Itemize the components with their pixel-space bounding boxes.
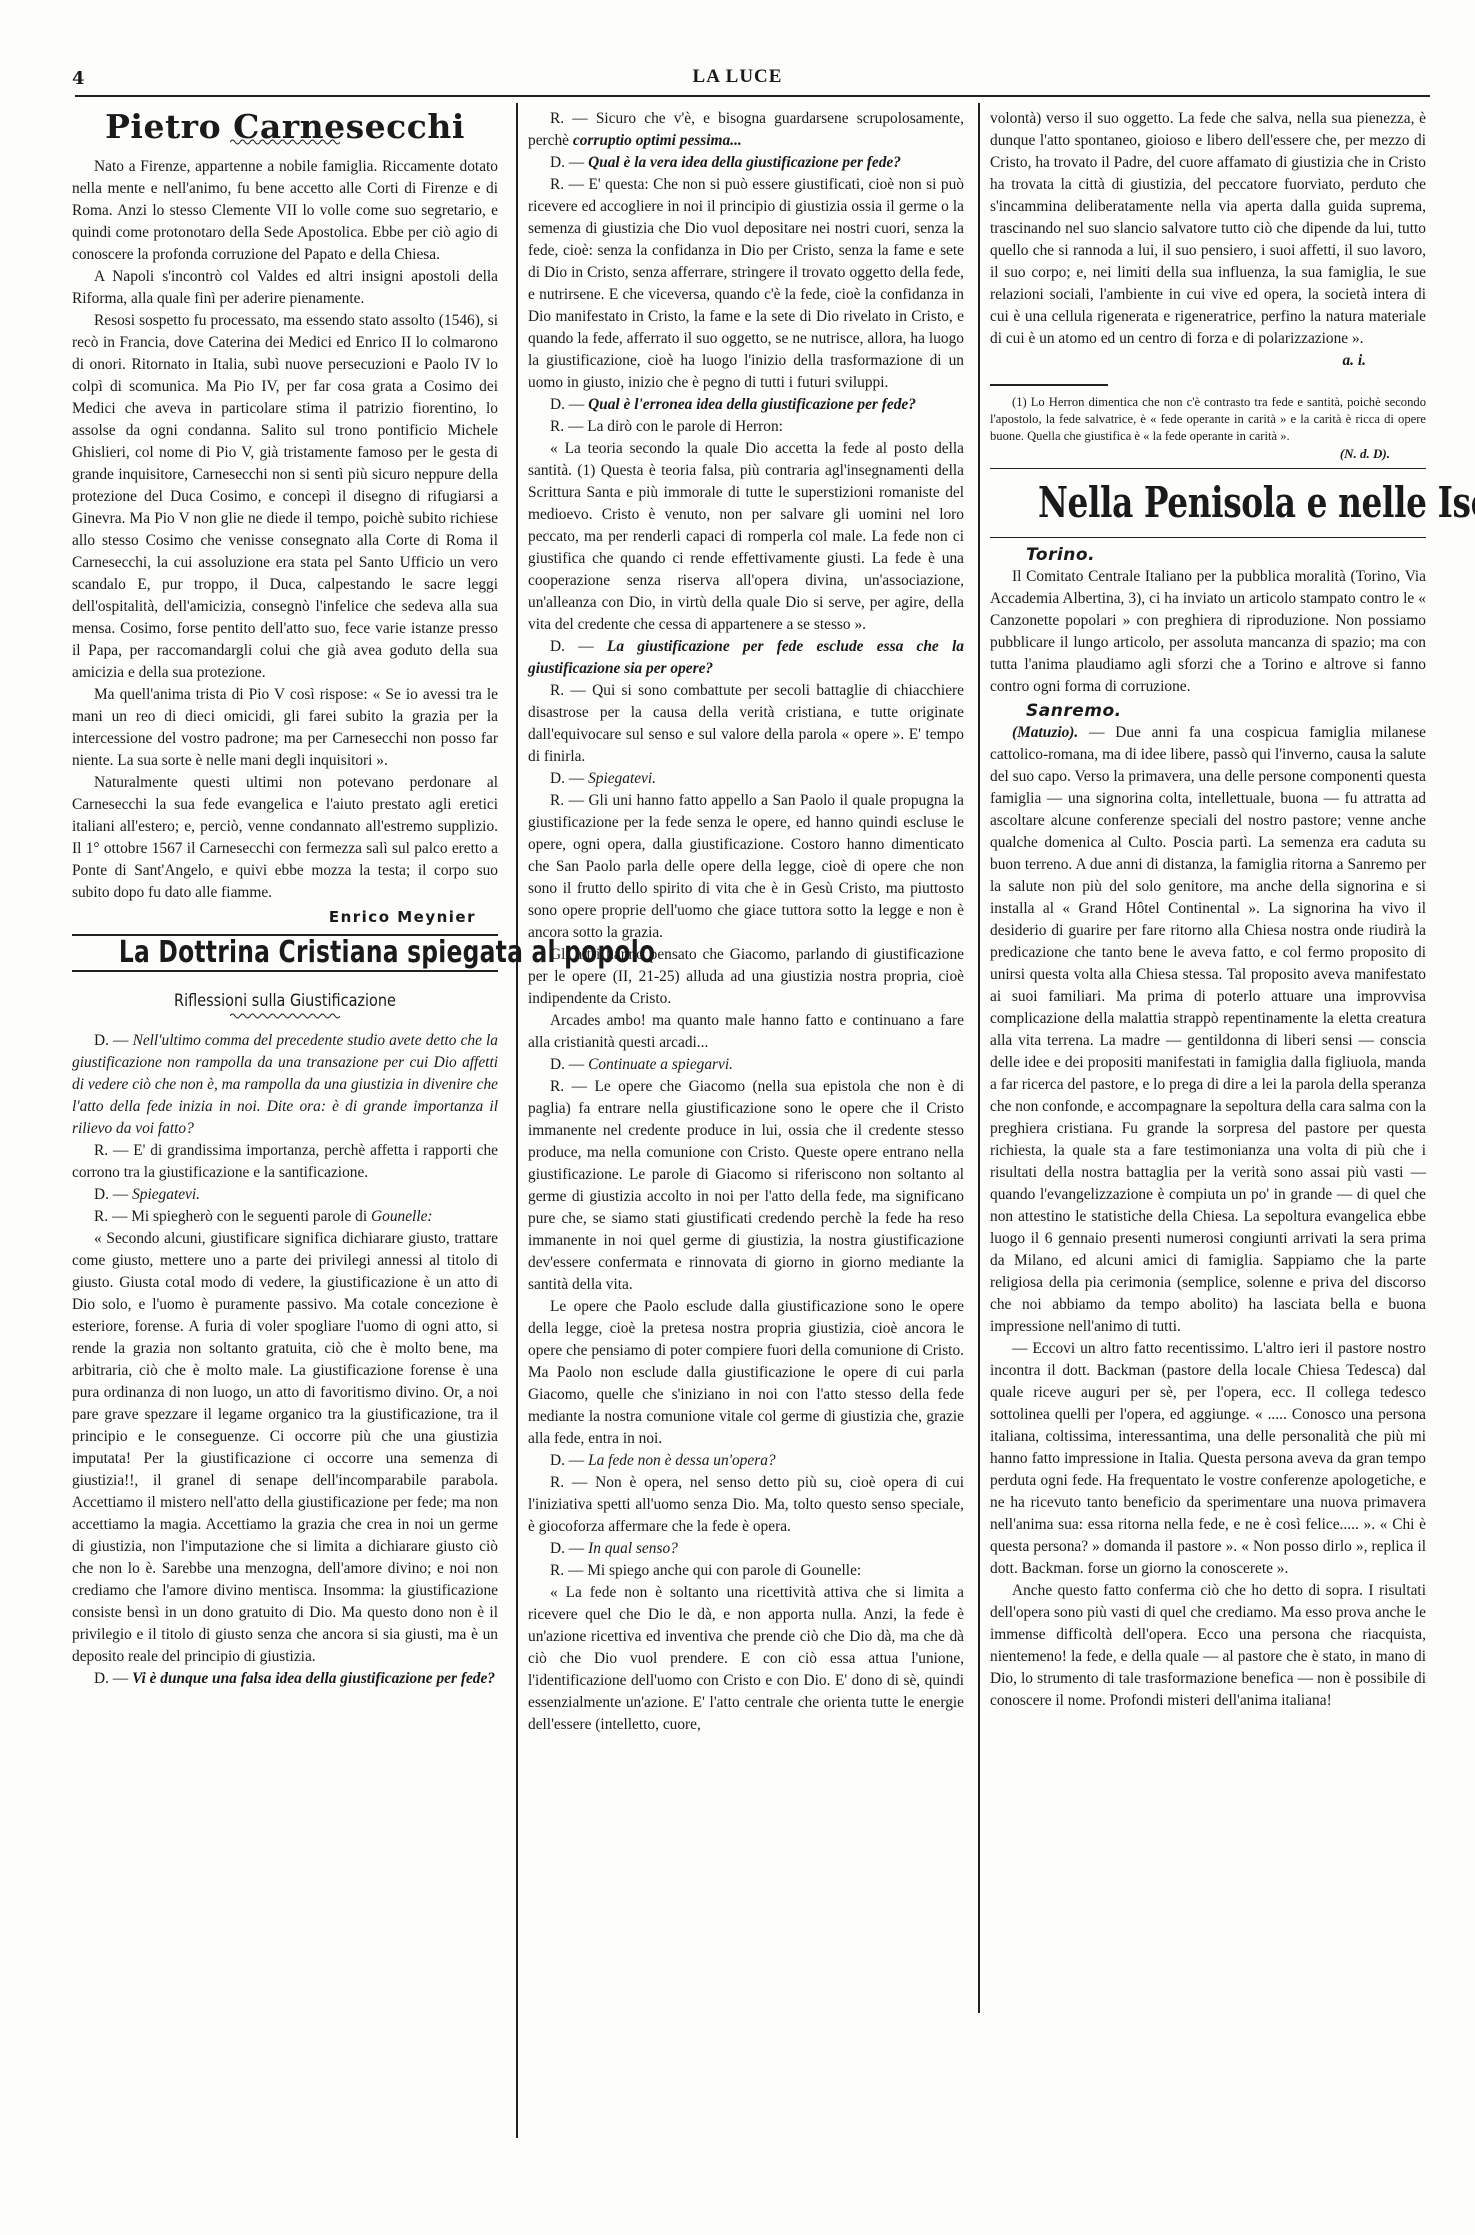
paragraph: Anche questo fatto conferma ciò che ho d… [990,1580,1426,1712]
article-signoff: a. i. [990,350,1426,372]
author-signature: Enrico Meynier [72,906,498,928]
news-item-torino: Il Comitato Centrale Italiano per la pub… [990,566,1426,698]
paragraph: Gli altri hanno pensato che Giacomo, par… [528,944,964,1010]
question-block: D. — Nell'ultimo comma del precedente st… [72,1030,498,1140]
footnote-rule [990,384,1108,386]
paragraph: Resosi sospetto fu processato, ma essend… [72,310,498,684]
speaker-label: D. — [550,1540,584,1557]
quote-block: « La teoria secondo la quale Dio accetta… [528,438,964,636]
speaker-label: R. — [550,418,583,435]
author-name: Gounelle: [371,1208,433,1225]
speaker-label: R. — [94,1208,127,1225]
column-divider-1 [516,103,518,2138]
news-item-sanremo: (Matuzio). — Due anni fa una cospicua fa… [990,722,1426,1338]
answer-text: Non è opera, nel senso detto più su, cio… [528,1474,964,1535]
section-title-peninsula: Nella Penisola e nelle Isole [1038,475,1378,531]
speaker-label: D. — [94,1186,128,1203]
wavy-underline-ornament [230,1012,340,1020]
answer-text: E' questa: Che non si può essere giustif… [528,176,964,391]
paragraph: — Eccovi un altro fatto recentissimo. L'… [990,1338,1426,1580]
correspondent-byline: (Matuzio). [1012,724,1078,741]
answer-text: Mi spiegherò con le seguenti parole di [131,1208,367,1225]
question-text: Spiegatevi. [588,770,656,787]
article-headline-dottrina: La Dottrina Cristiana spiegata al popolo [119,942,451,964]
top-rule [75,95,1430,97]
speaker-label: R. — [550,176,584,193]
question-text: Nell'ultimo comma del precedente studio … [72,1032,498,1137]
article-subtitle: Riflessioni sulla Giustificazione [104,990,466,1012]
paragraph: Nato a Firenze, appartenne a nobile fami… [72,156,498,266]
speaker-label: D. — [550,154,584,171]
question-block: D. — In qual senso? [528,1538,964,1560]
question-text: Qual è la vera idea della giustificazion… [588,154,901,171]
answer-block: R. — Qui si sono combattute per secoli b… [528,680,964,768]
answer-block: R. — E' di grandissima importanza, perch… [72,1140,498,1184]
answer-block: R. — La dirò con le parole di Herron: [528,416,964,438]
speaker-label: D. — [94,1670,128,1687]
answer-text: Gli uni hanno fatto appello a San Paolo … [528,792,964,941]
question-text: La fede non è dessa un'opera? [588,1452,776,1469]
quote-continuation: volontà) verso il suo oggetto. La fede c… [990,108,1426,350]
question-block: D. — La fede non è dessa un'opera? [528,1450,964,1472]
article-title-carnesecchi: Pietro Carnesecchi [72,116,498,138]
answer-block: R. — Sicuro che v'è, e bisogna guardarse… [528,108,964,152]
section-rule [990,537,1426,538]
quote-block: « La fede non è soltanto una ricettività… [528,1582,964,1736]
question-block: D. — Qual è l'erronea idea della giustif… [528,394,964,416]
speaker-label: R. — [94,1142,128,1159]
question-block: D. — Continuate a spiegarvi. [528,1054,964,1076]
speaker-label: D. — [550,1056,584,1073]
column-divider-2 [978,103,980,2013]
answer-block: R. — Gli uni hanno fatto appello a San P… [528,790,964,944]
footnote: (1) Lo Herron dimentica che non c'è cont… [990,394,1426,445]
place-heading-sanremo: Sanremo. [990,700,1426,722]
news-text: — Due anni fa una cospicua famiglia mila… [990,724,1426,1335]
paragraph: Naturalmente questi ultimi non potevano … [72,772,498,904]
question-block: D. — Qual è la vera idea della giustific… [528,152,964,174]
paragraph: A Napoli s'incontrò col Valdes ed altri … [72,266,498,310]
footnote-signature: (N. d. D). [990,445,1426,462]
question-text: Spiegatevi. [132,1186,200,1203]
question-text: In qual senso? [588,1540,678,1557]
answer-text: E' di grandissima importanza, perchè aff… [72,1142,498,1181]
speaker-label: D. — [550,1452,584,1469]
answer-block: R. — Le opere che Giacomo (nella sua epi… [528,1076,964,1296]
speaker-label: R. — [550,110,588,127]
answer-block: R. — E' questa: Che non si può essere gi… [528,174,964,394]
section-rule [990,468,1426,469]
place-heading-torino: Torino. [990,544,1426,566]
latin-phrase: corruptio optimi pessima... [573,132,742,149]
speaker-label: R. — [550,1078,587,1095]
answer-block: R. — Mi spiegherò con le seguenti parole… [72,1206,498,1228]
speaker-label: R. — [550,1562,583,1579]
answer-text: Qui si sono combattute per secoli battag… [528,682,964,765]
column-right: volontà) verso il suo oggetto. La fede c… [990,108,1426,1712]
speaker-label: D. — [550,638,594,655]
section-rule [72,970,498,972]
speaker-label: D. — [550,770,584,787]
answer-text: Mi spiego anche qui con parole di Gounel… [587,1562,861,1579]
answer-block: R. — Mi spiego anche qui con parole di G… [528,1560,964,1582]
column-middle: R. — Sicuro che v'è, e bisogna guardarse… [528,108,964,1736]
paragraph: Le opere che Paolo esclude dalla giustif… [528,1296,964,1450]
speaker-label: R. — [550,1474,587,1491]
speaker-label: R. — [550,792,584,809]
paragraph: Arcades ambo! ma quanto male hanno fatto… [528,1010,964,1054]
question-text: Continuate a spiegarvi. [588,1056,733,1073]
question-text: La giustificazione per fede esclude essa… [528,638,964,677]
speaker-label: R. — [550,682,586,699]
question-block: D. — Spiegatevi. [528,768,964,790]
question-text: Vi è dunque una falsa idea della giustif… [132,1670,495,1687]
speaker-label: D. — [550,396,584,413]
paragraph: Ma quell'anima trista di Pio V così risp… [72,684,498,772]
question-block: D. — La giustificazione per fede esclude… [528,636,964,680]
question-text: Qual è l'erronea idea della giustificazi… [588,396,916,413]
speaker-label: D. — [94,1032,128,1049]
masthead: LA LUCE [0,66,1475,88]
quote-block: « Secondo alcuni, giustificare significa… [72,1228,498,1668]
question-block: D. — Vi è dunque una falsa idea della gi… [72,1668,498,1690]
column-left: Pietro Carnesecchi Nato a Firenze, appar… [72,108,498,1690]
answer-block: R. — Non è opera, nel senso detto più su… [528,1472,964,1538]
answer-text: La dirò con le parole di Herron: [587,418,783,435]
question-block: D. — Spiegatevi. [72,1184,498,1206]
answer-text: Le opere che Giacomo (nella sua epistola… [528,1078,964,1293]
